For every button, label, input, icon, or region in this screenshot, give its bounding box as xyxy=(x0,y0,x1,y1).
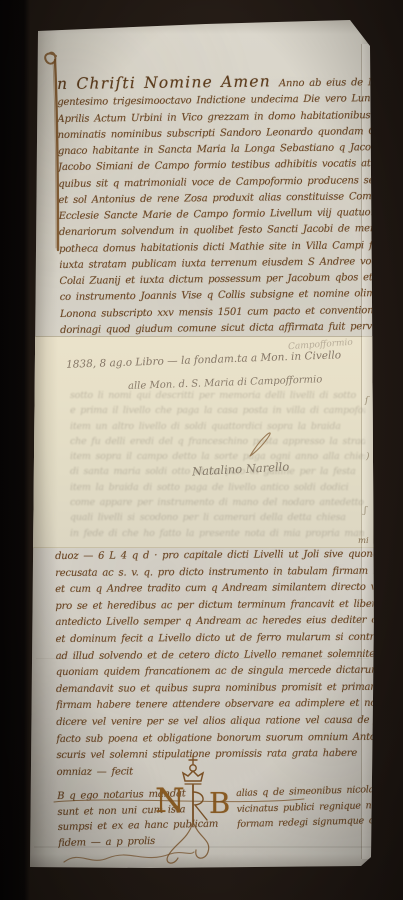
manuscript-text-line: sotto li nomi qui descritti per memoria … xyxy=(70,388,365,403)
signature-flourish xyxy=(222,424,292,464)
manuscript-text-line: item la braida di sotto paga de livello … xyxy=(70,480,365,495)
manuscript-text-line: e prima il livello che paga la casa post… xyxy=(70,403,365,418)
manuscript-photograph: n Chriſti Nomine AmenAnno ab eius de Nat… xyxy=(0,0,403,900)
edge-ink-mark: ) xyxy=(366,452,370,462)
manuscript-text-line: et dominum fecit a Livello dicto ut de f… xyxy=(56,630,374,649)
edge-ink-word: mi xyxy=(358,536,369,546)
invocation-heading: n Chriſti Nomine Amen xyxy=(57,72,271,93)
manuscript-text-line: quali livelli si scodono per li camerari… xyxy=(70,510,365,525)
manuscript-text-line: quoniam quidem francationem ac de singul… xyxy=(56,663,374,682)
bottom-tail-flourish xyxy=(60,840,200,874)
invocation-continuation: Anno ab eius de Nativitate mille quin xyxy=(279,76,373,89)
manuscript-text-line: duoz — 6 L 4 q d · pro capitale dicti Li… xyxy=(55,547,373,566)
manuscript-text-line: formam redegi signumque consuetum xyxy=(237,813,374,832)
top-edge-shadow xyxy=(30,18,373,34)
manuscript-text-line: dicere vel venire per se vel alios aliqu… xyxy=(56,713,374,732)
manuscript-text-line: che fu delli eredi del q franceschino po… xyxy=(70,434,365,449)
upper-text-block: n Chriſti Nomine AmenAnno ab eius de Nat… xyxy=(57,72,376,339)
manuscript-text-line: come appare per instrumento di mano del … xyxy=(70,495,365,510)
manuscript-text-line: item un altro livello di soldi quattordi… xyxy=(70,419,365,434)
manuscript-text-line: in fede di che ho fatto la presente nota… xyxy=(70,526,365,541)
notary-subscription-right: alias q de simeonibus nicolai a mediovic… xyxy=(236,782,374,832)
manuscript-text-line: et cum q Andree tradito cum q Andream si… xyxy=(55,580,373,599)
parchment-sheet: n Chriſti Nomine AmenAnno ab eius de Nat… xyxy=(0,0,403,900)
edge-ink-mark: ʃ xyxy=(364,506,366,516)
lower-text-block: duoz — 6 L 4 q d · pro capitale dicti Li… xyxy=(55,547,375,782)
edge-ink-mark: ſ xyxy=(365,396,368,406)
